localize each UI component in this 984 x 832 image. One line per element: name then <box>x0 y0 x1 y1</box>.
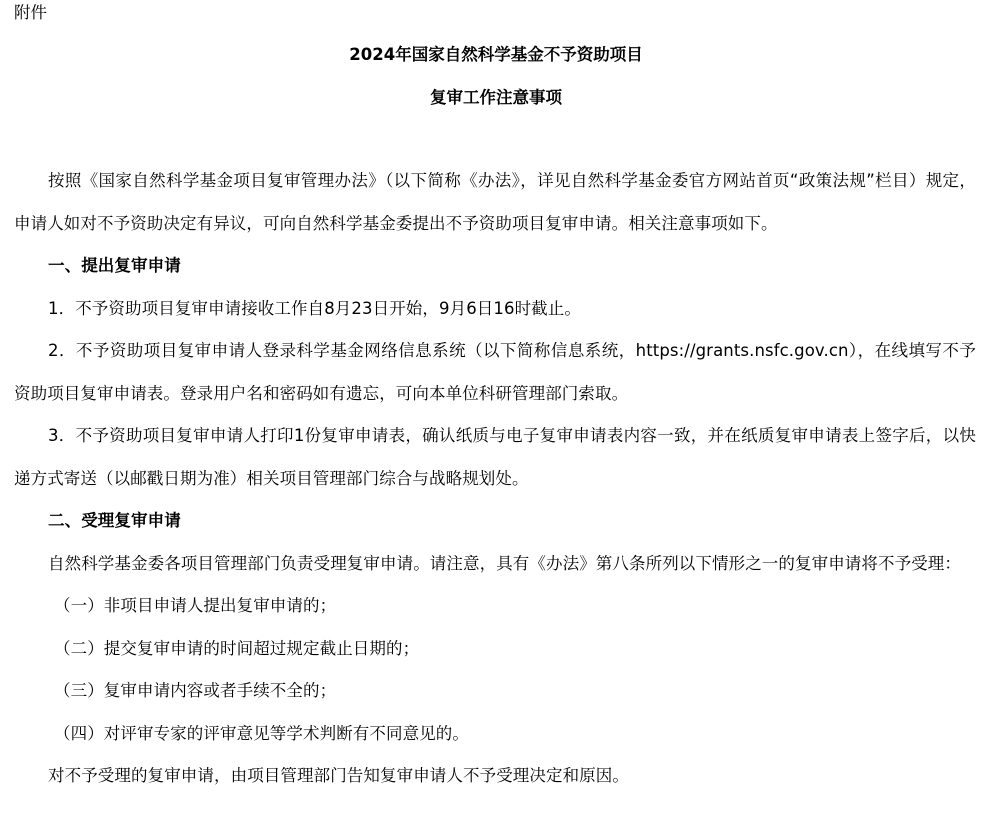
document-body: 按照《国家自然科学基金项目复审管理办法》（以下简称《办法》，详见自然科学基金委官… <box>14 160 976 798</box>
section-heading-accept: 二、受理复审申请 <box>14 500 976 543</box>
rejection-condition-4: （四）对评审专家的评审意见等学术判断有不同意见的。 <box>14 713 976 756</box>
document-title-line-1: 2024年国家自然科学基金不予资助项目 <box>4 44 984 66</box>
closing-paragraph: 对不予受理的复审申请，由项目管理部门告知复审申请人不予受理决定和原因。 <box>14 755 976 798</box>
document-title-line-2: 复审工作注意事项 <box>4 87 984 109</box>
intro-paragraph: 按照《国家自然科学基金项目复审管理办法》（以下简称《办法》，详见自然科学基金委官… <box>14 160 976 245</box>
rejection-condition-3: （三）复审申请内容或者手续不全的； <box>14 670 976 713</box>
accept-paragraph: 自然科学基金委各项目管理部门负责受理复审申请。请注意，具有《办法》第八条所列以下… <box>14 543 976 586</box>
attachment-label: 附件 <box>14 2 47 24</box>
submit-item-2: 2．不予资助项目复审申请人登录科学基金网络信息系统（以下简称信息系统，https… <box>14 330 976 415</box>
submit-item-1: 1．不予资助项目复审申请接收工作自8月23日开始，9月6日16时截止。 <box>14 288 976 331</box>
rejection-condition-2: （二）提交复审申请的时间超过规定截止日期的； <box>14 628 976 671</box>
rejection-condition-1: （一）非项目申请人提出复审申请的； <box>14 585 976 628</box>
submit-item-3: 3．不予资助项目复审申请人打印1份复审申请表，确认纸质与电子复审申请表内容一致，… <box>14 415 976 500</box>
section-heading-submit: 一、提出复审申请 <box>14 245 976 288</box>
document-page: 附件 2024年国家自然科学基金不予资助项目 复审工作注意事项 按照《国家自然科… <box>0 0 984 832</box>
